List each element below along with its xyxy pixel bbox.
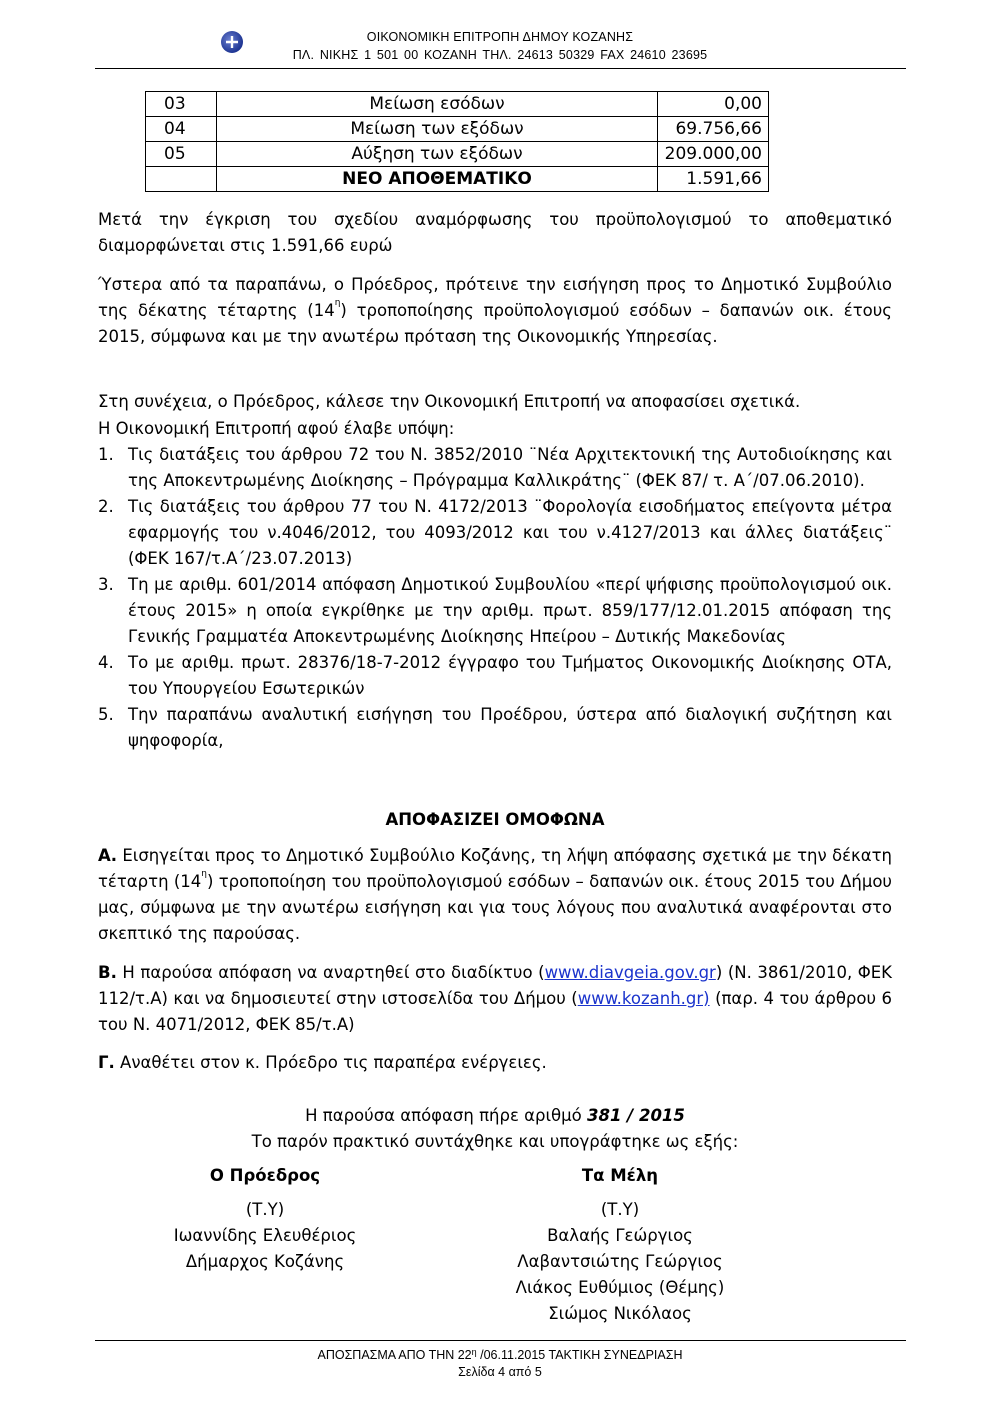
members-title: Τα Μέλη (490, 1163, 750, 1189)
list-text: Το με αριθμ. πρωτ. 28376/18-7-2012 έγγρα… (128, 653, 892, 698)
decision-number-prefix: Η παρούσα απόφαση πήρε αριθμό (305, 1106, 587, 1125)
signature-line: (Τ.Υ) (490, 1197, 750, 1223)
president-title: Ο Πρόεδρος (160, 1163, 370, 1189)
row-description: Μείωση των εξόδων (217, 117, 658, 142)
invite-paragraph: Στη συνέχεια, ο Πρόεδρος, κάλεσε την Οικ… (98, 389, 892, 415)
signature-line: Δήμαρχος Κοζάνης (160, 1249, 370, 1275)
table-row: 03 Μείωση εσόδων 0,00 (146, 92, 769, 117)
budget-table: 03 Μείωση εσόδων 0,00 04 Μείωση των εξόδ… (145, 91, 769, 192)
page-number: Σελίδα 4 από 5 (0, 1364, 1000, 1381)
signature-line: Σιώμος Νικόλαος (490, 1301, 750, 1327)
row-description: Μείωση εσόδων (217, 92, 658, 117)
decision-c-label: Γ. (98, 1053, 115, 1072)
list-item: 4.Το με αριθμ. πρωτ. 28376/18-7-2012 έγγ… (98, 650, 892, 702)
list-item: 1.Τις διατάξεις του άρθρου 72 του Ν. 385… (98, 442, 892, 494)
list-number: 1. (98, 442, 114, 468)
row-description: ΝΕΟ ΑΠΟΘΕΜΑΤΙΚΟ (217, 167, 658, 192)
president-signature: Ο Πρόεδρος (Τ.Υ) Ιωαννίδης Ελευθέριος Δή… (160, 1163, 370, 1275)
decision-b-text: Η παρούσα απόφαση να αναρτηθεί στο διαδί… (117, 963, 545, 982)
page-footer: ΑΠΟΣΠΑΣΜΑ ΑΠΟ ΤΗΝ 22η /06.11.2015 ΤΑΚΤΙΚ… (0, 1347, 1000, 1381)
list-item: 3.Τη με αριθμ. 601/2014 απόφαση Δημοτικο… (98, 572, 892, 650)
decision-a-text-cont: ) τροποποίηση του προϋπολογισμού εσόδων … (98, 872, 892, 943)
decision-a: Α. Εισηγείται προς το Δημοτικό Συμβούλιο… (98, 843, 892, 947)
footer-session: ΑΠΟΣΠΑΣΜΑ ΑΠΟ ΤΗΝ 22η /06.11.2015 ΤΑΚΤΙΚ… (0, 1347, 1000, 1364)
decision-b: Β. Η παρούσα απόφαση να αναρτηθεί στο δι… (98, 960, 892, 1038)
row-code (146, 167, 217, 192)
proposal-paragraph: Ύστερα από τα παραπάνω, ο Πρόεδρος, πρότ… (98, 272, 892, 350)
decision-c: Γ. Αναθέτει στον κ. Πρόεδρο τις παραπέρα… (98, 1050, 892, 1076)
decision-b-label: Β. (98, 963, 117, 982)
reserve-paragraph: Μετά την έγκριση του σχεδίου αναμόρφωσης… (98, 207, 892, 259)
letterhead-address: ΠΛ. ΝΙΚΗΣ 1 501 00 ΚΟΖΑΝΗ ΤΗΛ. 24613 503… (0, 46, 1000, 64)
list-item: 5.Την παραπάνω αναλυτική εισήγηση του Πρ… (98, 702, 892, 754)
row-description: Αύξηση των εξόδων (217, 142, 658, 167)
members-signatures: Τα Μέλη (Τ.Υ) Βαλαής Γεώργιος Λαβαντσιώτ… (490, 1163, 750, 1327)
signature-line: Ιωαννίδης Ελευθέριος (160, 1223, 370, 1249)
footer-divider (95, 1340, 906, 1341)
decision-heading: ΑΠΟΦΑΣΙΖΕΙ ΟΜΟΦΩΝΑ (98, 807, 892, 833)
row-code: 04 (146, 117, 217, 142)
decision-number-line: Η παρούσα απόφαση πήρε αριθμό 381 / 2015 (98, 1103, 892, 1129)
row-amount: 209.000,00 (658, 142, 769, 167)
kozanh-link[interactable]: www.kozanh.gr) (578, 989, 710, 1008)
signature-line: (Τ.Υ) (160, 1197, 370, 1223)
letterhead-title: ΟΙΚΟΝΟΜΙΚΗ ΕΠΙΤΡΟΠΗ ΔΗΜΟΥ ΚΟΖΑΝΗΣ (0, 28, 1000, 46)
row-amount: 0,00 (658, 92, 769, 117)
considerations-list: 1.Τις διατάξεις του άρθρου 72 του Ν. 385… (98, 442, 892, 754)
list-number: 2. (98, 494, 114, 520)
table-total-row: ΝΕΟ ΑΠΟΘΕΜΑΤΙΚΟ 1.591,66 (146, 167, 769, 192)
decision-a-label: Α. (98, 846, 117, 865)
row-code: 03 (146, 92, 217, 117)
list-text: Τις διατάξεις του άρθρου 72 του Ν. 3852/… (128, 445, 892, 490)
list-text: Την παραπάνω αναλυτική εισήγηση του Προέ… (128, 705, 892, 750)
decision-c-text: Αναθέτει στον κ. Πρόεδρο τις παραπέρα εν… (115, 1053, 547, 1072)
list-number: 4. (98, 650, 114, 676)
reserve-paragraph-line1: Μετά την έγκριση του σχεδίου αναμόρφωσης… (98, 207, 892, 233)
row-amount: 1.591,66 (658, 167, 769, 192)
table-row: 04 Μείωση των εξόδων 69.756,66 (146, 117, 769, 142)
list-number: 5. (98, 702, 114, 728)
reserve-paragraph-line2: διαμορφώνεται στις 1.591,66 ευρώ (98, 233, 892, 259)
list-number: 3. (98, 572, 114, 598)
list-text: Τις διατάξεις του άρθρου 77 του Ν. 4172/… (128, 497, 892, 568)
decision-number: 381 / 2015 (587, 1106, 685, 1125)
diavgeia-link[interactable]: www.diavgeia.gov.gr (545, 963, 716, 982)
table-row: 05 Αύξηση των εξόδων 209.000,00 (146, 142, 769, 167)
signature-line: Λαβαντσιώτης Γεώργιος (490, 1249, 750, 1275)
considerations-intro: Η Οικονομική Επιτροπή αφού έλαβε υπόψη: (98, 416, 892, 442)
list-text: Τη με αριθμ. 601/2014 απόφαση Δημοτικού … (128, 575, 892, 646)
footer-session-date: /06.11.2015 ΤΑΚΤΙΚΗ ΣΥΝΕΔΡΙΑΣΗ (477, 1348, 683, 1362)
footer-session-text: ΑΠΟΣΠΑΣΜΑ ΑΠΟ ΤΗΝ 22 (317, 1348, 471, 1362)
row-amount: 69.756,66 (658, 117, 769, 142)
letterhead: ΟΙΚΟΝΟΜΙΚΗ ΕΠΙΤΡΟΠΗ ΔΗΜΟΥ ΚΟΖΑΝΗΣ ΠΛ. ΝΙ… (0, 28, 1000, 64)
signature-line: Βαλαής Γεώργιος (490, 1223, 750, 1249)
minutes-line: Το παρόν πρακτικό συντάχθηκε και υπογράφ… (98, 1129, 892, 1155)
row-code: 05 (146, 142, 217, 167)
list-item: 2.Τις διατάξεις του άρθρου 77 του Ν. 417… (98, 494, 892, 572)
header-divider (95, 68, 906, 69)
signature-line: Λιάκος Ευθύμιος (Θέμης) (490, 1275, 750, 1301)
